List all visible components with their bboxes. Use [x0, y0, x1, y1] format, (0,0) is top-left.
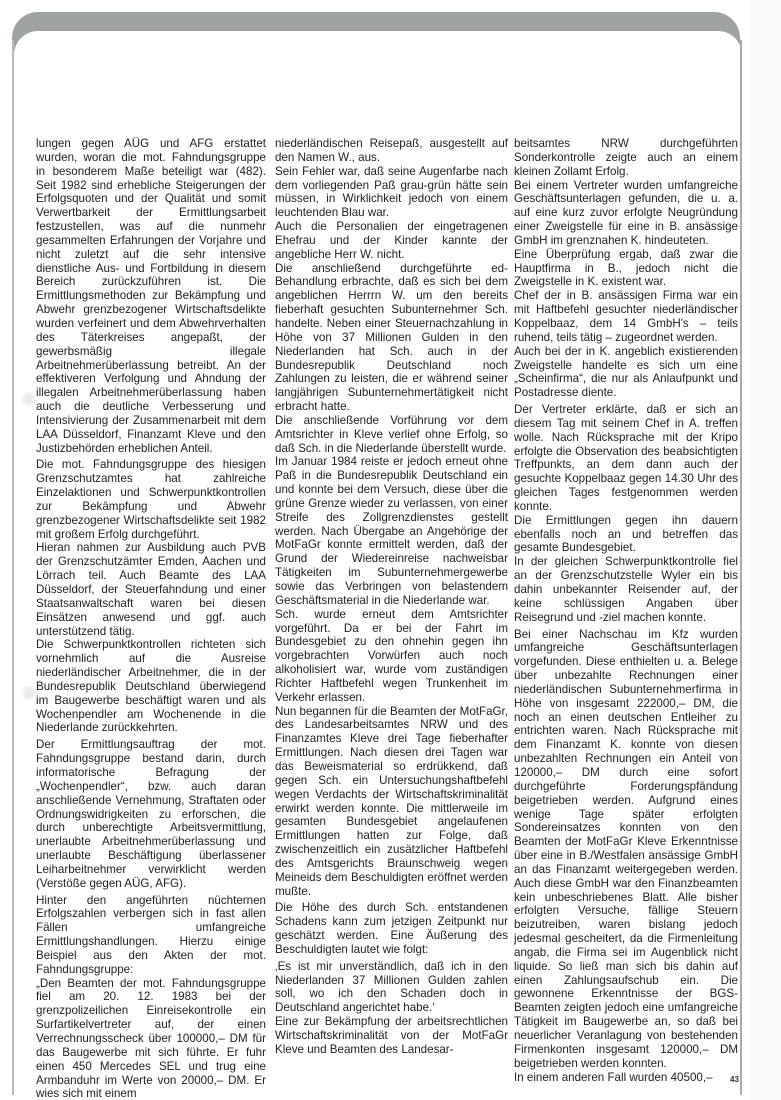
paragraph: Der Vertreter erklärte, daß er sich an d… [514, 403, 738, 514]
paragraph: Sch. wurde erneut dem Amtsrichter vorgef… [275, 608, 508, 705]
text-column-3: beitsamtes NRW durchgeführten Sonderkont… [514, 137, 738, 1084]
frame-left-border [12, 40, 14, 1095]
scan-artifact [22, 392, 36, 406]
paragraph: Hinter den angeführten nüchternen Erfolg… [36, 894, 266, 977]
paragraph: Die anschließende Vorführung vor dem Amt… [275, 414, 508, 456]
paragraph: Die Höhe des durch Sch. entstandenen Sch… [275, 901, 508, 956]
paragraph: Nun begannen für die Beamten der MotFaGr… [275, 705, 508, 899]
paragraph: Bei einem Vertreter wurden umfangreiche … [514, 179, 738, 248]
text-column-1: lungen gegen AÜG und AFG erstattet wurde… [36, 137, 266, 1100]
paragraph: In der gleichen Schwerpunktkontrolle fie… [514, 555, 738, 624]
scan-artifact [22, 686, 36, 700]
quote-paragraph: ‚Es ist mir unverständlich, daß ich in d… [275, 960, 508, 1015]
paragraph: Der Ermittlungsauftrag der mot. Fahndung… [36, 738, 266, 890]
paragraph: In einem anderen Fall wurden 40500,– [514, 1071, 738, 1085]
paragraph: „Den Beamten der mot. Fahndungsgruppe fi… [36, 977, 266, 1100]
paragraph: Eine zur Bekämpfung der arbeitsrechtlich… [275, 1015, 508, 1057]
frame-right-border [740, 40, 742, 1095]
paragraph: niederländischen Reisepaß, ausgestellt a… [275, 137, 508, 165]
paragraph: Eine Überprüfung ergab, daß zwar die Hau… [514, 248, 738, 290]
paragraph: Die mot. Fahndungsgruppe des hiesigen Gr… [36, 458, 266, 541]
text-column-2: niederländischen Reisepaß, ausgestellt a… [275, 137, 508, 1057]
paragraph: Bei einer Nachschau im Kfz wurden umfang… [514, 628, 738, 1071]
paragraph: Hieran nahmen zur Ausbildung auch PVB de… [36, 541, 266, 638]
paragraph: Auch bei der in K. angeblich existierend… [514, 345, 738, 400]
paragraph: beitsamtes NRW durchgeführten Sonderkont… [514, 137, 738, 179]
paragraph: Im Januar 1984 reiste er jedoch erneut o… [275, 455, 508, 607]
page-number: 43 [730, 1075, 739, 1084]
paragraph: Die anschließend durchgeführte ed-Behand… [275, 262, 508, 414]
page-margin-right [750, 0, 781, 1100]
paragraph: Die Schwerpunktkontrollen richteten sich… [36, 638, 266, 735]
paragraph: Auch die Personalien der eingetragenen E… [275, 220, 508, 262]
paragraph: Chef der in B. ansässigen Firma war ein … [514, 289, 738, 344]
paragraph: lungen gegen AÜG und AFG erstattet wurde… [36, 137, 266, 455]
paragraph: Sein Fehler war, daß seine Augenfarbe na… [275, 165, 508, 220]
paragraph: Die Ermittlungen gegen ihn dauern ebenfa… [514, 514, 738, 556]
